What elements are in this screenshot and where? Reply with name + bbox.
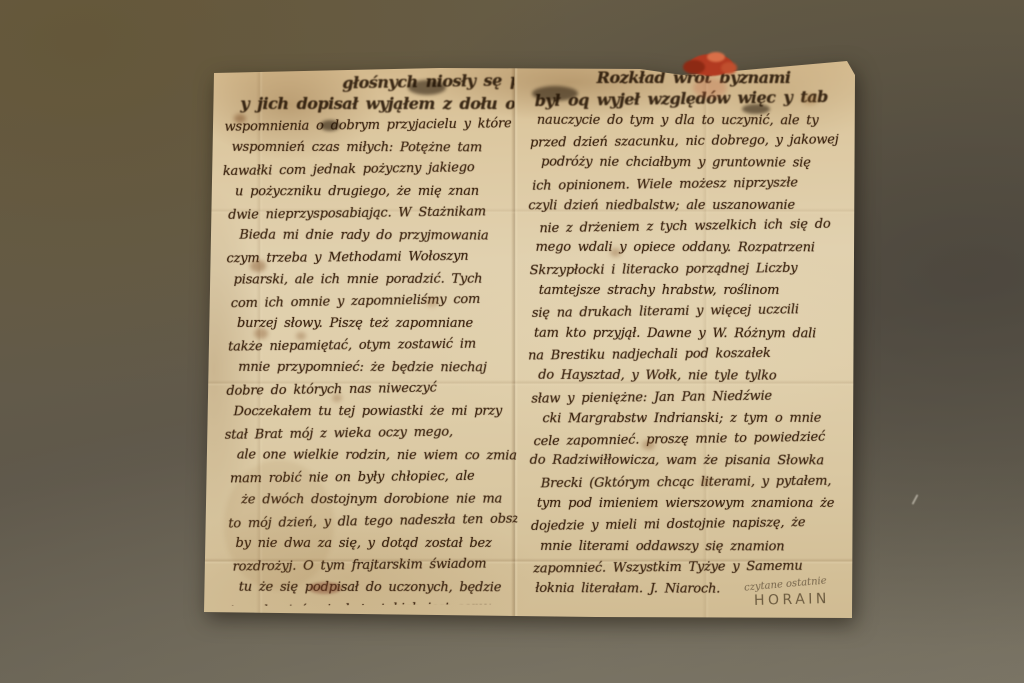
handwriting-line: tam kto przyjął. Dawne y W. Różnym dali: [534, 323, 816, 343]
handwriting-line: pisarski, ale ich mnie poradzić. Tych: [234, 270, 483, 291]
handwriting-line: Brecki (Gktórym chcąc literami, y pytałe…: [541, 471, 832, 494]
handwriting-line: dwie nieprzysposabiając. W Stażnikam: [228, 202, 486, 226]
handwriting-line: tamtejsze strachy hrabstw, roślinom: [539, 281, 780, 301]
handwriting-line: ich opinionem. Wiele możesz niprzyszłe: [532, 173, 798, 196]
foxing-spot: [610, 248, 621, 257]
handwriting-line: Doczekałem tu tej powiastki że mi przy: [234, 402, 503, 422]
handwriting-line: im zdumień, niech tu takich jest comu: [230, 598, 492, 606]
handwriting-line: u pożyczniku drugiego, że mię znan: [235, 182, 479, 202]
handwriting-line: tym pod imieniem wierszowym znamiona że: [537, 494, 834, 514]
handwriting-line: com ich omnie y zapomnieliśmy com: [231, 290, 481, 314]
ink-blot: [320, 120, 340, 131]
wax-seal: [681, 48, 743, 82]
handwriting-line: burzej słowy. Piszę też zapomniane: [237, 314, 473, 334]
handwriting-line: sław y pieniężne: Jan Pan Niedźwie: [531, 386, 772, 409]
smeared-docket-line: y jich dopisał wyjąłem z dołu op.: [240, 94, 517, 114]
ink-blot: [532, 86, 578, 101]
handwriting-line: do Radziwiłłowicza, wam że pisania Słowk…: [530, 451, 824, 472]
right-page-handwriting: Rozkład wrot byznamibył oq wyjeł względó…: [527, 59, 852, 613]
pencil-annotation: czytane ostatnie HORAIN: [744, 579, 830, 608]
handwriting-line: cki Margrabstw Indrianski; z tym o mnie: [542, 409, 821, 429]
handwriting-line: wspomnienia o dobrym przyjacielu y które: [224, 114, 511, 138]
foxing-spot: [700, 478, 711, 486]
handwriting-line: także niepamiętać, otym zostawić im: [228, 335, 476, 358]
handwriting-line: kawałki com jednak pożyczny jakiego: [223, 158, 475, 182]
handwriting-line: przed dzień szacunku, nic dobrego, y jak…: [530, 130, 839, 153]
foxing-spot: [642, 440, 655, 450]
handwriting-line: do Haysztad, y Wołk, nie tyle tylko: [538, 366, 776, 387]
handwriting-line: zapomnieć. Wszystkim Tyżye y Samemu: [533, 557, 803, 580]
foxing-spot: [234, 114, 246, 123]
wax-seal-blob: [721, 62, 737, 74]
handwriting-line: mego wdali y opiece oddany. Rozpatrzeni: [536, 238, 815, 258]
letter-paper: głośnych niosły sę pochyłey jich dopisał…: [204, 60, 856, 622]
handwriting-line: cele zapomnieć. proszę mnie to powiedzie…: [533, 428, 825, 453]
handwriting-line: się na drukach literami y więcej uczcili: [532, 301, 799, 325]
collector-name-horain: HORAIN: [754, 591, 830, 609]
handwriting-line: czyli dzień niedbalstw; ale uszanowanie: [528, 196, 795, 216]
foxing-spot: [802, 94, 818, 105]
foxing-spot: [254, 328, 268, 339]
handwriting-line: Skrzypłocki i literacko porządnej Liczby: [530, 259, 798, 281]
foxing-spot: [250, 260, 266, 272]
foxing-spot: [426, 298, 438, 307]
handwriting-line: łoknia literałam. J. Niaroch.: [535, 579, 720, 600]
foxing-spot: [332, 394, 342, 402]
handwriting-line: mnie przypomnieć: że będzie niechaj: [238, 358, 486, 378]
handwriting-line: nie z drżeniem z tych wszelkich ich się …: [539, 215, 830, 240]
letter-paper-shadow: głośnych niosły sę pochyłey jich dopisał…: [204, 60, 864, 630]
ink-smudge-mark: [308, 582, 342, 594]
smeared-docket-line: był oq wyjeł względów więc y tab: [535, 87, 828, 111]
ink-blot: [742, 104, 770, 114]
handwriting-line: nauczycie do tym y dla to uczynić, ale t…: [537, 110, 819, 130]
handwriting-line: wspomnień czas miłych: Potężne tam: [232, 138, 482, 158]
handwriting-line: Bieda mi dnie rady do przyjmowania: [239, 226, 488, 247]
ink-blot: [408, 80, 446, 95]
handwriting-line: dojedzie y mieli mi dostojnie napiszę, ż…: [531, 513, 806, 537]
wax-seal-blob: [683, 60, 705, 74]
wax-seal-blob: [707, 52, 725, 62]
handwriting-line: na Brestiku nadjechali pod koszałek: [528, 344, 771, 367]
foxing-spot: [296, 332, 306, 340]
handwriting-line: stał Brat mój z wieka oczy mego,: [225, 423, 454, 446]
photograph-of-letter: głośnych niosły sę pochyłey jich dopisał…: [0, 0, 1024, 683]
foxing-patch: [224, 460, 334, 590]
handwriting-line: podróży nie chciałbym y gruntownie się: [541, 153, 811, 174]
surface-scratch: [912, 494, 919, 505]
handwriting-line: mnie literami oddawszy się znamion: [540, 537, 784, 557]
